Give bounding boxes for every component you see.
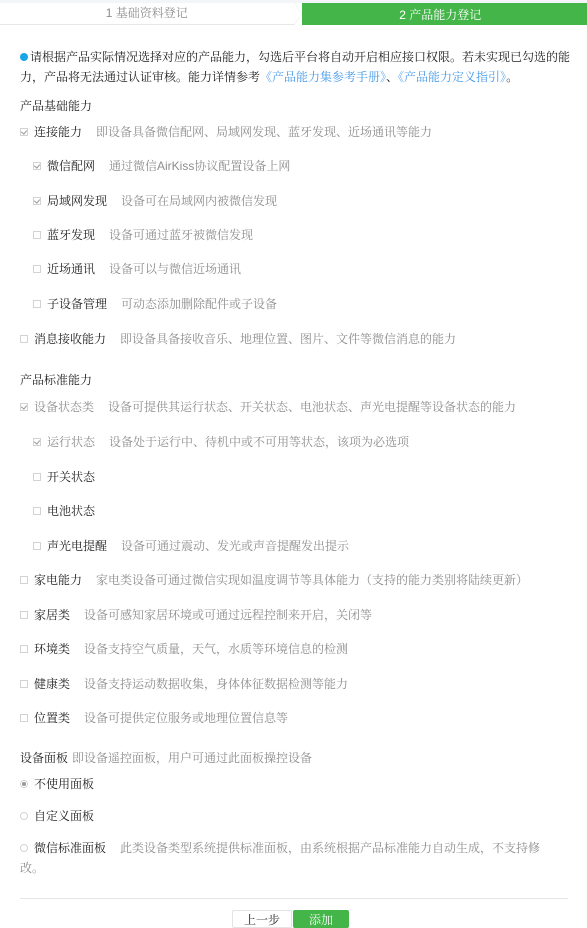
capability-alert[interactable]: 声光电提醒 设备可通过震动、发光或声音提醒发出提示 <box>33 537 349 554</box>
notice-end: 。 <box>506 70 518 84</box>
checkbox[interactable] <box>33 507 41 515</box>
capability-label: 连接能力 <box>34 123 82 140</box>
radio[interactable] <box>20 844 28 852</box>
capability-label: 声光电提醒 <box>47 537 107 554</box>
capability-health[interactable]: 健康类 设备支持运动数据收集，身体体征数据检测等能力 <box>20 675 348 692</box>
capability-desc: 设备可感知家居环境或可通过远程控制来开启，关闭等 <box>84 606 372 623</box>
device-panel-title: 设备面板即设备遥控面板，用户可通过此面板操控设备 <box>20 749 312 766</box>
capability-message-receive[interactable]: 消息接收能力 即设备具备接收音乐、地理位置、图片、文件等微信消息的能力 <box>20 330 456 347</box>
capability-desc: 设备可通过震动、发光或声音提醒发出提示 <box>121 537 349 554</box>
capability-label: 运行状态 <box>47 433 95 450</box>
notice-separator: 、 <box>386 70 398 84</box>
checkbox[interactable] <box>33 542 41 550</box>
capability-home[interactable]: 家居类 设备可感知家居环境或可通过远程控制来开启，关闭等 <box>20 606 372 623</box>
checkbox <box>20 403 28 411</box>
capability-desc: 设备支持运动数据收集，身体体征数据检测等能力 <box>84 675 348 692</box>
capability-battery-status[interactable]: 电池状态 <box>33 502 95 519</box>
capability-label: 设备状态类 <box>34 398 94 415</box>
capability-label: 蓝牙发现 <box>47 226 95 243</box>
capability-wechat-network[interactable]: 微信配网 通过微信AirKiss协议配置设备上网 <box>33 157 290 174</box>
capability-desc: 即设备具备微信配网、局域网发现、蓝牙发现、近场通讯等能力 <box>96 123 432 140</box>
step-product-capability: 2 产品能力登记 <box>294 3 587 25</box>
checkbox[interactable] <box>33 300 41 308</box>
capability-label: 位置类 <box>34 709 70 726</box>
checkbox <box>33 438 41 446</box>
capability-label: 开关状态 <box>47 468 95 485</box>
step-basic-info: 1 基础资料登记 <box>0 0 294 25</box>
capability-desc: 通过微信AirKiss协议配置设备上网 <box>109 157 290 174</box>
step-indicator: 1 基础资料登记 2 产品能力登记 <box>0 0 587 25</box>
capability-appliance[interactable]: 家电能力 家电类设备可通过微信实现如温度调节等具体能力（支持的能力类别将陆续更新… <box>20 571 528 588</box>
capability-desc: 设备可通过蓝牙被微信发现 <box>109 226 253 243</box>
checkbox[interactable] <box>33 231 41 239</box>
capability-environment[interactable]: 环境类 设备支持空气质量，天气，水质等环境信息的检测 <box>20 640 348 657</box>
checkbox[interactable] <box>20 576 28 584</box>
checkbox[interactable] <box>20 611 28 619</box>
panel-title-desc: 即设备遥控面板，用户可通过此面板操控设备 <box>72 751 312 765</box>
checkbox[interactable] <box>33 473 41 481</box>
capability-bluetooth[interactable]: 蓝牙发现 设备可通过蓝牙被微信发现 <box>33 226 253 243</box>
checkbox[interactable] <box>20 680 28 688</box>
capability-label: 环境类 <box>34 640 70 657</box>
capability-desc: 设备支持空气质量，天气，水质等环境信息的检测 <box>84 640 348 657</box>
checkbox[interactable] <box>33 265 41 273</box>
capability-desc: 设备可以与微信近场通讯 <box>109 260 241 277</box>
radio[interactable] <box>20 780 28 788</box>
capability-desc: 可动态添加删除配件或子设备 <box>121 295 277 312</box>
footer-divider <box>20 898 568 899</box>
panel-option-label: 自定义面板 <box>34 807 94 824</box>
capability-desc: 家电类设备可通过微信实现如温度调节等具体能力（支持的能力类别将陆续更新） <box>96 571 528 588</box>
capability-nfc[interactable]: 近场通讯 设备可以与微信近场通讯 <box>33 260 241 277</box>
capability-label: 近场通讯 <box>47 260 95 277</box>
capability-device-status: 设备状态类 设备可提供其运行状态、开关状态、电池状态、声光电提醒等设备状态的能力 <box>20 398 516 415</box>
capability-desc: 设备可在局域网内被微信发现 <box>121 192 277 209</box>
step-label: 1 基础资料登记 <box>106 4 188 21</box>
capability-desc: 设备可提供定位服务或地理位置信息等 <box>84 709 288 726</box>
capability-desc: 设备可提供其运行状态、开关状态、电池状态、声光电提醒等设备状态的能力 <box>108 398 516 415</box>
panel-option-label: 不使用面板 <box>34 775 94 792</box>
info-icon <box>20 53 28 61</box>
capability-connect[interactable]: 连接能力 即设备具备微信配网、局域网发现、蓝牙发现、近场通讯等能力 <box>20 123 432 140</box>
capability-label: 消息接收能力 <box>34 330 106 347</box>
step-label: 2 产品能力登记 <box>399 6 481 23</box>
prev-step-button[interactable]: 上一步 <box>232 910 292 928</box>
capability-location[interactable]: 位置类 设备可提供定位服务或地理位置信息等 <box>20 709 288 726</box>
radio[interactable] <box>20 812 28 820</box>
capability-label: 局域网发现 <box>47 192 107 209</box>
basic-capability-title: 产品基础能力 <box>20 97 92 114</box>
capability-label: 子设备管理 <box>47 295 107 312</box>
panel-option-none[interactable]: 不使用面板 <box>20 775 94 792</box>
panel-option-label: 微信标准面板 <box>34 841 106 855</box>
capability-sub-device[interactable]: 子设备管理 可动态添加删除配件或子设备 <box>33 295 277 312</box>
add-button[interactable]: 添加 <box>293 910 349 928</box>
panel-option-wechat-standard[interactable]: 微信标准面板此类设备类型系统提供标准面板，由系统根据产品标准能力自动生成，不支持… <box>20 838 550 878</box>
capability-label: 健康类 <box>34 675 70 692</box>
capability-label: 家居类 <box>34 606 70 623</box>
standard-capability-title: 产品标准能力 <box>20 371 92 388</box>
capability-label: 家电能力 <box>34 571 82 588</box>
checkbox[interactable] <box>20 128 28 136</box>
capability-running-status: 运行状态 设备处于运行中、待机中或不可用等状态，该项为必选项 <box>33 433 409 450</box>
capability-lan-discovery[interactable]: 局域网发现 设备可在局域网内被微信发现 <box>33 192 277 209</box>
capability-label: 电池状态 <box>47 502 95 519</box>
capability-guide-link[interactable]: 《产品能力定义指引》 <box>398 70 506 84</box>
capability-switch-status[interactable]: 开关状态 <box>33 468 95 485</box>
panel-option-custom[interactable]: 自定义面板 <box>20 807 94 824</box>
capability-manual-link[interactable]: 《产品能力集参考手册》 <box>260 70 386 84</box>
checkbox[interactable] <box>33 197 41 205</box>
capability-desc: 设备处于运行中、待机中或不可用等状态，该项为必选项 <box>109 433 409 450</box>
notice-text: 请根据产品实际情况选择对应的产品能力，勾选后平台将自动开启相应接口权限。若未实现… <box>20 47 570 87</box>
checkbox[interactable] <box>20 714 28 722</box>
capability-desc: 即设备具备接收音乐、地理位置、图片、文件等微信消息的能力 <box>120 330 456 347</box>
capability-label: 微信配网 <box>47 157 95 174</box>
checkbox[interactable] <box>20 335 28 343</box>
panel-title-label: 设备面板 <box>20 751 68 765</box>
checkbox[interactable] <box>33 162 41 170</box>
checkbox[interactable] <box>20 645 28 653</box>
